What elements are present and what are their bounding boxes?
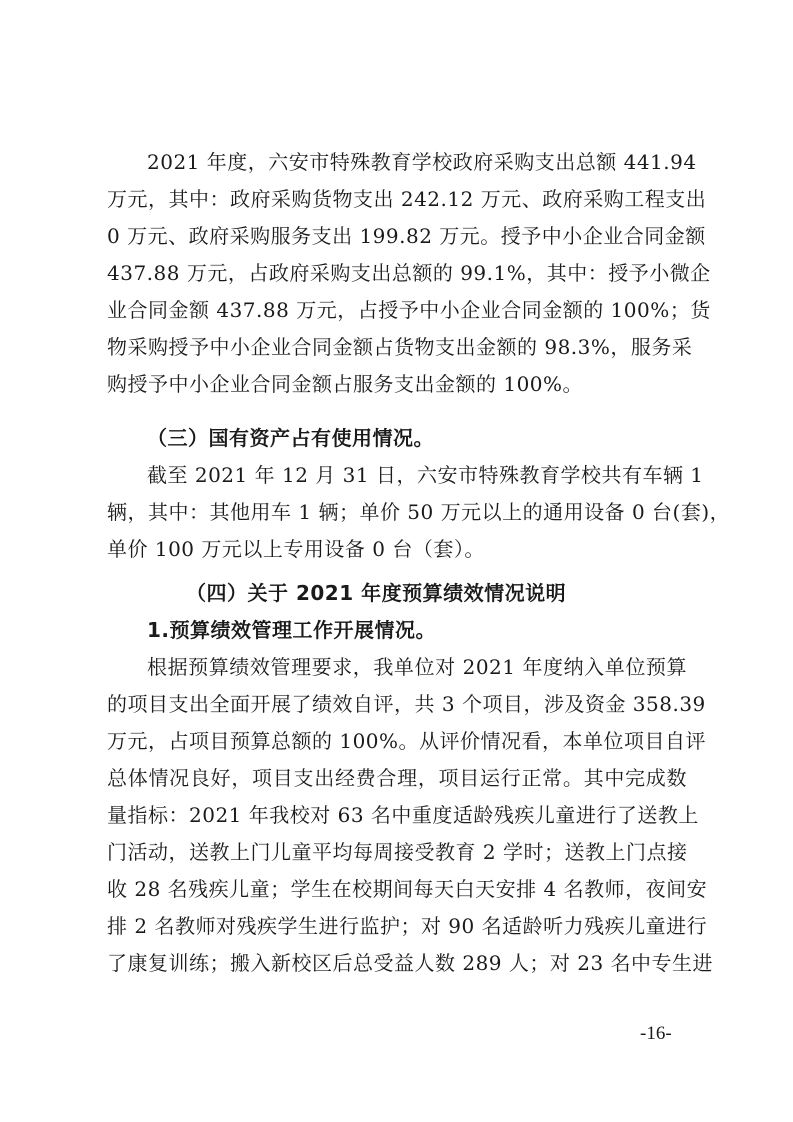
section-heading: （四）关于 2021 年度预算绩效情况说明 [186, 579, 686, 607]
paragraph-line: 2021 年度，六安市特殊教育学校政府采购支出总额 441.94 [147, 148, 687, 176]
paragraph-line: 排 2 名教师对残疾学生进行监护；对 90 名适龄听力残疾儿童进行 [107, 912, 687, 940]
paragraph-line: 截至 2021 年 12 月 31 日，六安市特殊教育学校共有车辆 1 [147, 461, 687, 489]
paragraph-line: 万元，其中：政府采购货物支出 242.12 万元、政府采购工程支出 [107, 185, 687, 213]
paragraph-line: 总体情况良好，项目支出经费合理，项目运行正常。其中完成数 [107, 764, 687, 792]
page-number: -16- [640, 1022, 672, 1046]
paragraph-line: 物采购授予中小企业合同金额占货物支出金额的 98.3%，服务采 [107, 333, 687, 361]
paragraph-line: 根据预算绩效管理要求，我单位对 2021 年度纳入单位预算 [147, 653, 687, 681]
document-page: 2021 年度，六安市特殊教育学校政府采购支出总额 441.94 万元，其中：政… [0, 0, 793, 1122]
paragraph-line: 辆，其中：其他用车 1 辆；单价 50 万元以上的通用设备 0 台(套)， [107, 498, 687, 526]
paragraph-line: 购授予中小企业合同金额占服务支出金额的 100%。 [107, 370, 687, 398]
paragraph-line: 收 28 名残疾儿童；学生在校期间每天白天安排 4 名教师，夜间安 [107, 875, 687, 903]
subsection-heading: 1.预算绩效管理工作开展情况。 [147, 616, 687, 644]
paragraph-line: 量指标：2021 年我校对 63 名中重度适龄残疾儿童进行了送教上 [107, 801, 687, 829]
paragraph-line: 万元，占项目预算总额的 100%。从评价情况看，本单位项目自评 [107, 727, 687, 755]
paragraph-line: 了康复训练；搬入新校区后总受益人数 289 人；对 23 名中专生进 [107, 949, 687, 977]
paragraph-line: 单价 100 万元以上专用设备 0 台（套）。 [107, 535, 687, 563]
paragraph-line: 业合同金额 437.88 万元，占授予中小企业合同金额的 100%；货 [107, 296, 687, 324]
paragraph-line: 门活动，送教上门儿童平均每周接受教育 2 学时；送教上门点接 [107, 838, 687, 866]
paragraph-line: 437.88 万元，占政府采购支出总额的 99.1%，其中：授予小微企 [107, 259, 687, 287]
paragraph-line: 的项目支出全面开展了绩效自评，共 3 个项目，涉及资金 358.39 [107, 690, 687, 718]
section-heading: （三）国有资产占有使用情况。 [147, 424, 687, 452]
paragraph-line: 0 万元、政府采购服务支出 199.82 万元。授予中小企业合同金额 [107, 222, 687, 250]
